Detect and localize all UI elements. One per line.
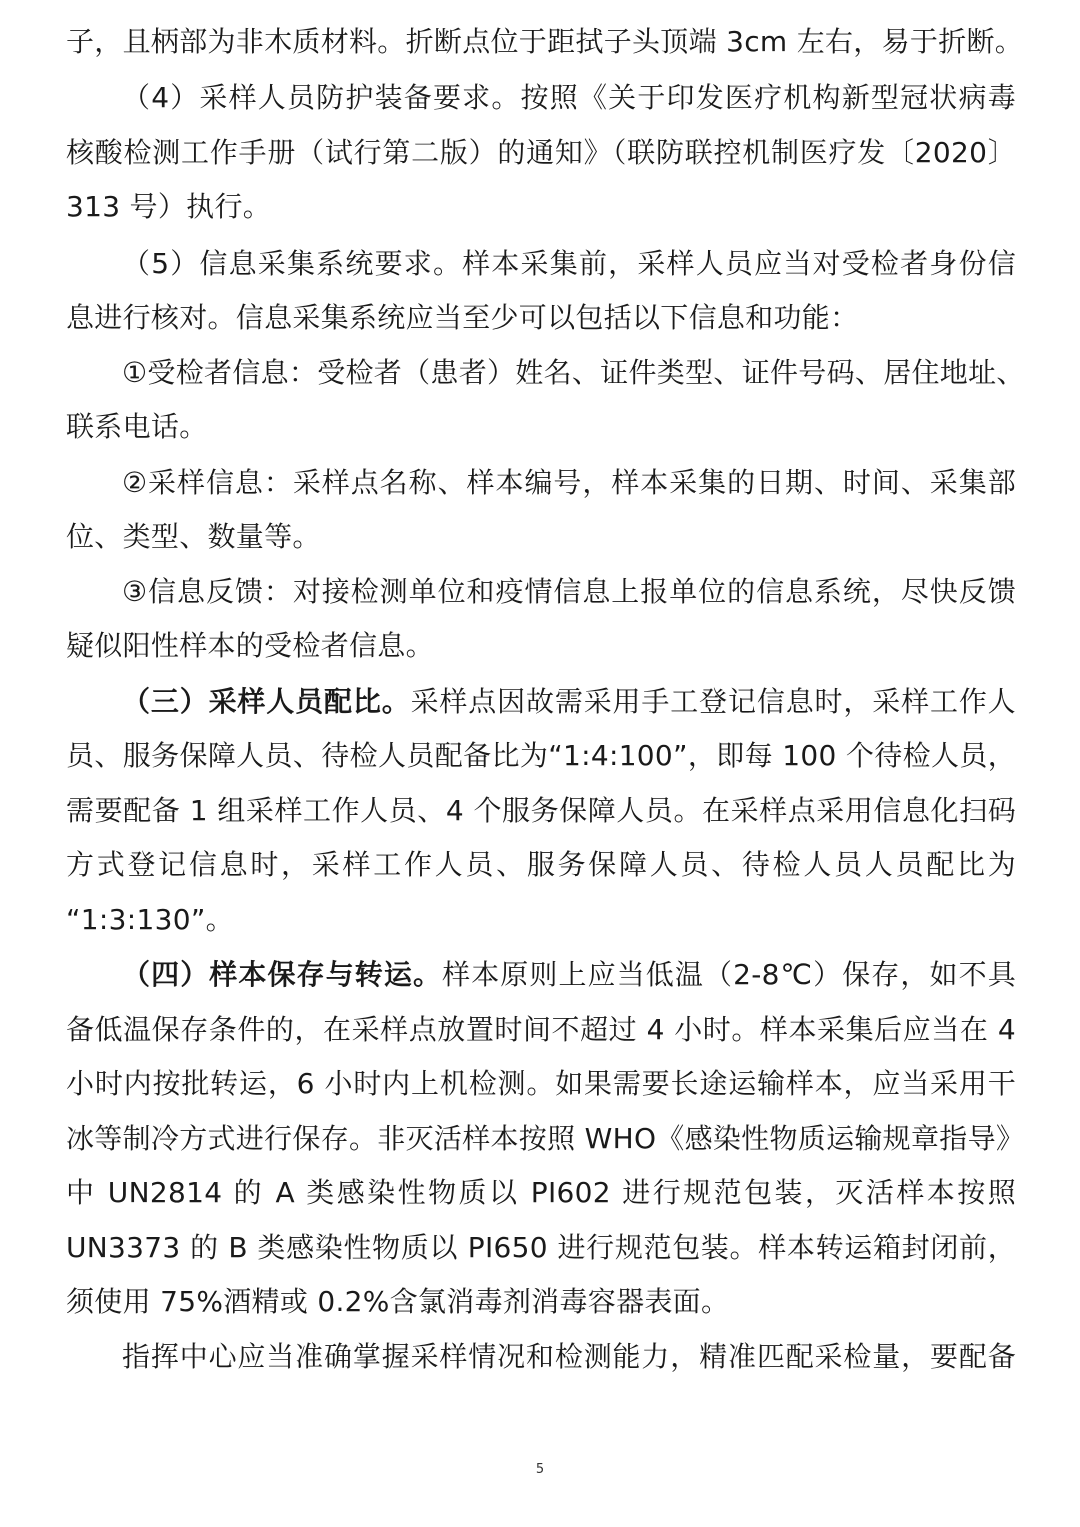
paragraph-line: （4）采样人员防护装备要求。按照《关于印发医疗机构新型冠状病毒 [122, 78, 1016, 118]
paragraph-line: 小时内按批转运，6 小时内上机检测。如果需要长途运输样本，应当采用干 [66, 1064, 1016, 1104]
paragraph-line: 需要配备 1 组采样工作人员、4 个服务保障人员。在采样点采用信息化扫码 [66, 791, 1016, 831]
section-heading-line: （四）样本保存与转运。样本原则上应当低温（2-8℃）保存，如不具 [122, 955, 1016, 995]
paragraph-line: 备低温保存条件的，在采样点放置时间不超过 4 小时。样本采集后应当在 4 [66, 1010, 1016, 1050]
document-page: 子，且柄部为非木质材料。折断点位于距拭子头顶端 3cm 左右，易于折断。 （4）… [0, 0, 1080, 1527]
list-item-line: ③信息反馈：对接检测单位和疫情信息上报单位的信息系统，尽快反馈 [122, 572, 1016, 612]
paragraph-line: 息进行核对。信息采集系统应当至少可以包括以下信息和功能： [66, 298, 1016, 338]
paragraph-line: 子，且柄部为非木质材料。折断点位于距拭子头顶端 3cm 左右，易于折断。 [66, 22, 1016, 62]
section-heading: （四）样本保存与转运。 [122, 958, 442, 991]
paragraph-line: 核酸检测工作手册（试行第二版）的通知》（联防联控机制医疗发〔2020〕 [66, 133, 1016, 173]
section-text: 样本原则上应当低温（2-8℃）保存，如不具 [442, 958, 1016, 991]
list-item-line: ①受检者信息：受检者（患者）姓名、证件类型、证件号码、居住地址、 [122, 353, 1016, 393]
paragraph-line: “1:3:130”。 [66, 900, 1016, 940]
list-item-line: ②采样信息：采样点名称、样本编号，样本采集的日期、时间、采集部 [122, 463, 1016, 503]
list-item-line: 位、类型、数量等。 [66, 517, 1016, 557]
paragraph-line: 中 UN2814 的 A 类感染性物质以 PI602 进行规范包装，灭活样本按照 [66, 1173, 1016, 1213]
paragraph-line: （5）信息采集系统要求。样本采集前，采样人员应当对受检者身份信 [122, 244, 1016, 284]
paragraph-line: 方式登记信息时，采样工作人员、服务保障人员、待检人员人员配比为 [66, 845, 1016, 885]
page-number: 5 [0, 1462, 1080, 1477]
paragraph-line: 冰等制冷方式进行保存。非灭活样本按照 WHO《感染性物质运输规章指导》 [66, 1119, 1016, 1159]
paragraph-line: 指挥中心应当准确掌握采样情况和检测能力，精准匹配采检量，要配备 [122, 1337, 1016, 1377]
list-item-line: 联系电话。 [66, 407, 1016, 447]
list-item-line: 疑似阳性样本的受检者信息。 [66, 626, 1016, 666]
paragraph-line: 须使用 75%酒精或 0.2%含氯消毒剂消毒容器表面。 [66, 1282, 1016, 1322]
section-heading-line: （三）采样人员配比。采样点因故需采用手工登记信息时，采样工作人 [122, 682, 1016, 722]
section-text: 采样点因故需采用手工登记信息时，采样工作人 [411, 685, 1016, 718]
paragraph-line: 员、服务保障人员、待检人员配备比为“1:4:100”，即每 100 个待检人员， [66, 736, 1016, 776]
paragraph-line: UN3373 的 B 类感染性物质以 PI650 进行规范包装。样本转运箱封闭前… [66, 1228, 1016, 1268]
section-heading: （三）采样人员配比。 [122, 685, 411, 718]
paragraph-line: 313 号）执行。 [66, 187, 1016, 227]
